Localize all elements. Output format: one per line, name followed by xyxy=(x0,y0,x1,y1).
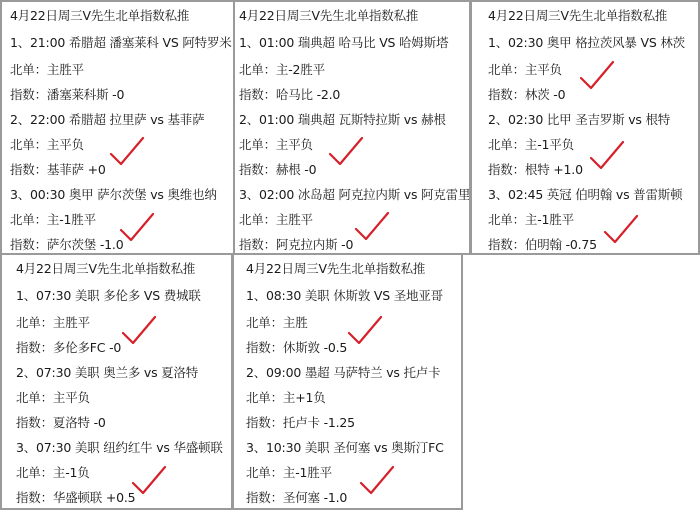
panel-title: 4月22日周三V先生北单指数私推 xyxy=(16,261,195,277)
match-header: 1、21:00 希腊超 潘塞莱科 VS 阿特罗米 xyxy=(10,35,232,51)
index-pick: 指数：基菲萨 +0 xyxy=(10,162,106,178)
index-pick: 指数：华盛顿联 +0.5 xyxy=(16,490,135,506)
check-mark-icon xyxy=(120,313,160,347)
match-header: 1、01:00 瑞典超 哈马比 VS 哈姆斯塔 xyxy=(239,35,448,51)
tip-panel-2: 4月22日周三V先生北单指数私推 1、01:00 瑞典超 哈马比 VS 哈姆斯塔… xyxy=(233,0,471,255)
match-header: 2、07:30 美职 奥兰多 vs 夏洛特 xyxy=(16,365,198,381)
match-header: 1、02:30 奥甲 格拉茨风暴 VS 林茨 xyxy=(488,35,685,51)
index-pick: 指数：萨尔茨堡 -1.0 xyxy=(10,237,123,253)
tip-panel-5: 4月22日周三V先生北单指数私推 1、08:30 美职 休斯敦 VS 圣地亚哥 … xyxy=(232,253,463,510)
index-pick: 指数：哈马比 -2.0 xyxy=(239,87,340,103)
panel-title: 4月22日周三V先生北单指数私推 xyxy=(246,261,425,277)
match-header: 2、22:00 希腊超 拉里萨 vs 基菲萨 xyxy=(10,112,204,128)
check-mark-icon xyxy=(327,134,367,168)
check-mark-icon xyxy=(588,138,628,172)
index-pick: 指数：潘塞莱科斯 -0 xyxy=(10,87,124,103)
beidan-pick: 北单：主胜平 xyxy=(10,62,84,78)
beidan-pick: 北单：主胜平 xyxy=(16,315,90,331)
check-mark-icon xyxy=(108,134,148,168)
check-mark-icon xyxy=(130,463,170,497)
beidan-pick: 北单：主-1胜平 xyxy=(246,465,332,481)
check-mark-icon xyxy=(358,463,398,497)
panel-title: 4月22日周三V先生北单指数私推 xyxy=(239,8,418,24)
beidan-pick: 北单：主-1平负 xyxy=(488,137,574,153)
match-header: 3、02:45 英冠 伯明翰 vs 普雷斯顿 xyxy=(488,187,682,203)
tip-panel-4: 4月22日周三V先生北单指数私推 1、07:30 美职 多伦多 VS 费城联 北… xyxy=(0,253,233,510)
beidan-pick: 北单：主-1负 xyxy=(16,465,90,481)
match-header: 2、02:30 比甲 圣吉罗斯 vs 根特 xyxy=(488,112,670,128)
match-header: 3、00:30 奥甲 萨尔茨堡 vs 奥维也纳 xyxy=(10,187,217,203)
index-pick: 指数：阿克拉内斯 -0 xyxy=(239,237,353,253)
empty-area xyxy=(463,255,700,510)
match-header: 2、09:00 墨超 马萨特兰 vs 托卢卡 xyxy=(246,365,440,381)
index-pick: 指数：赫根 -0 xyxy=(239,162,316,178)
match-header: 3、07:30 美职 纽约红牛 vs 华盛顿联 xyxy=(16,440,223,456)
beidan-pick: 北单：主平负 xyxy=(16,390,90,406)
match-header: 3、02:00 冰岛超 阿克拉内斯 vs 阿克雷里 xyxy=(239,187,470,203)
check-mark-icon xyxy=(346,313,386,347)
beidan-pick: 北单：主胜 xyxy=(246,315,308,331)
check-mark-icon xyxy=(353,209,393,243)
index-pick: 指数：托卢卡 -1.25 xyxy=(246,415,355,431)
index-pick: 指数：根特 +1.0 xyxy=(488,162,583,178)
beidan-pick: 北单：主胜平 xyxy=(239,212,313,228)
tip-panel-1: 4月22日周三V先生北单指数私推 1、21:00 希腊超 潘塞莱科 VS 阿特罗… xyxy=(0,0,236,255)
index-pick: 指数：伯明翰 -0.75 xyxy=(488,237,597,253)
index-pick: 指数：休斯敦 -0.5 xyxy=(246,340,347,356)
beidan-pick: 北单：主平负 xyxy=(10,137,84,153)
beidan-pick: 北单：主平负 xyxy=(488,62,562,78)
check-mark-icon xyxy=(602,212,642,246)
panel-title: 4月22日周三V先生北单指数私推 xyxy=(10,8,189,24)
index-pick: 指数：多伦多FC -0 xyxy=(16,340,121,356)
match-header: 1、08:30 美职 休斯敦 VS 圣地亚哥 xyxy=(246,288,443,304)
beidan-pick: 北单：主平负 xyxy=(239,137,313,153)
panel-title: 4月22日周三V先生北单指数私推 xyxy=(488,8,667,24)
check-mark-icon xyxy=(118,210,158,244)
tip-panel-3: 4月22日周三V先生北单指数私推 1、02:30 奥甲 格拉茨风暴 VS 林茨 … xyxy=(470,0,700,255)
index-pick: 指数：夏洛特 -0 xyxy=(16,415,106,431)
match-header: 1、07:30 美职 多伦多 VS 费城联 xyxy=(16,288,201,304)
beidan-pick: 北单：主-2胜平 xyxy=(239,62,325,78)
match-header: 2、01:00 瑞典超 瓦斯特拉斯 vs 赫根 xyxy=(239,112,446,128)
match-header: 3、10:30 美职 圣何塞 vs 奥斯汀FC xyxy=(246,440,444,456)
beidan-pick: 北单：主-1胜平 xyxy=(10,212,96,228)
index-pick: 指数：圣何塞 -1.0 xyxy=(246,490,347,506)
check-mark-icon xyxy=(578,58,618,92)
index-pick: 指数：林茨 -0 xyxy=(488,87,565,103)
beidan-pick: 北单：主+1负 xyxy=(246,390,326,406)
beidan-pick: 北单：主-1胜平 xyxy=(488,212,574,228)
